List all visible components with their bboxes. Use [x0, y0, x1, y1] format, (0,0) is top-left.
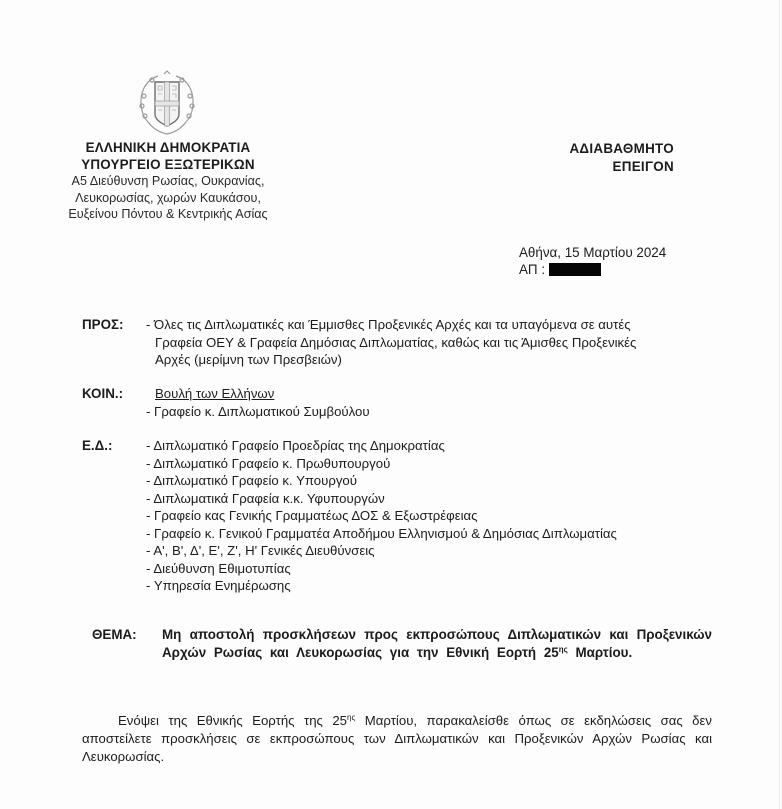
distribution-item: - Υπηρεσία Ενημέρωσης — [146, 577, 712, 595]
recipients-cc-label: ΚΟΙΝ.: — [82, 385, 123, 403]
recipients-cc-line: - Γραφείο κ. Διπλωματικού Συμβούλου — [146, 403, 712, 421]
recipients-to-line: Αρχές (μερίμνη των Πρεσβειών) — [146, 351, 712, 369]
reference-label: ΑΠ : — [519, 261, 545, 278]
distribution-item: - Γραφείο κας Γενικής Γραμματέως ΔΟΣ & Ε… — [146, 507, 712, 525]
distribution-item: - Διπλωματικά Γραφεία κ.κ. Υφυπουργών — [146, 490, 712, 508]
org-department-line-3: Ευξείνου Πόντου & Κεντρικής Ασίας — [40, 206, 296, 223]
recipients-cc: ΚΟΙΝ.: Βουλή των Ελλήνων - Γραφείο κ. Δι… — [82, 385, 712, 420]
recipients-to-label: ΠΡΟΣ: — [82, 316, 124, 334]
recipients-internal-distribution: Ε.Δ.: - Διπλωματικό Γραφείο Προεδρίας τη… — [82, 437, 712, 595]
recipients-to-line: - Όλες τις Διπλωματικές και Έμμισθες Προ… — [146, 316, 712, 334]
subject-label: ΘΕΜΑ: — [92, 626, 137, 644]
recipients-to-line: Γραφεία ΟΕΥ & Γραφεία Δημόσιας Διπλωματί… — [146, 334, 712, 352]
distribution-item: - Α', Β', Δ', Ε', Ζ', Η' Γενικές Διευθύν… — [146, 542, 712, 560]
recipients-cc-parliament: Βουλή των Ελλήνων — [155, 386, 274, 401]
classification-block: ΑΔΙΑΒΑΘΜΗΤΟ ΕΠΕΙΓΟΝ — [500, 140, 674, 176]
reference-number: ΑΠ : — [500, 261, 710, 278]
date-reference-block: Αθήνα, 15 Μαρτίου 2024 ΑΠ : — [500, 244, 710, 278]
issuing-organization: ΕΛΛΗΝΙΚΗ ΔΗΜΟΚΡΑΤΙΑ ΥΠΟΥΡΓΕΙΟ ΕΞΩΤΕΡΙΚΩΝ… — [40, 140, 296, 223]
greek-coat-of-arms-icon — [138, 70, 196, 136]
recipients-internal-label: Ε.Δ.: — [82, 437, 112, 455]
distribution-item: - Διπλωματικό Γραφείο κ. Πρωθυπουργού — [146, 455, 712, 473]
org-department-line-1: Α5 Διεύθυνση Ρωσίας, Ουκρανίας, — [40, 173, 296, 190]
body-paragraph: Ενόψει της Εθνικής Εορτής της 25ης Μαρτί… — [82, 712, 712, 766]
distribution-item: - Διεύθυνση Εθιμοτυπίας — [146, 560, 712, 578]
subject-text: Μη αποστολή προσκλήσεων προς εκπροσώπους… — [162, 626, 712, 662]
org-department-line-2: Λευκορωσίας, χωρών Καυκάσου, — [40, 190, 296, 207]
distribution-item: - Διπλωματικό Γραφείο κ. Υπουργού — [146, 472, 712, 490]
redacted-reference — [549, 263, 601, 276]
subject-text-part: Μαρτίου. — [568, 645, 632, 660]
document-date: Αθήνα, 15 Μαρτίου 2024 — [500, 244, 710, 261]
recipients-to: ΠΡΟΣ: - Όλες τις Διπλωματικές και Έμμισθ… — [82, 316, 712, 369]
subject-block: ΘΕΜΑ: Μη αποστολή προσκλήσεων προς εκπρο… — [92, 626, 712, 662]
distribution-item: - Διπλωματικό Γραφείο Προεδρίας της Δημο… — [146, 437, 712, 455]
classification-level: ΑΔΙΑΒΑΘΜΗΤΟ — [500, 140, 674, 158]
document-page: ΕΛΛΗΝΙΚΗ ΔΗΜΟΚΡΑΤΙΑ ΥΠΟΥΡΓΕΙΟ ΕΞΩΤΕΡΙΚΩΝ… — [0, 0, 782, 809]
ordinal-superscript: ης — [559, 645, 568, 654]
distribution-item: - Γραφείο κ. Γενικού Γραμματέα Αποδήμου … — [146, 525, 712, 543]
body-text-part: Ενόψει της Εθνικής Εορτής της 25 — [118, 713, 347, 728]
org-ministry: ΥΠΟΥΡΓΕΙΟ ΕΞΩΤΕΡΙΚΩΝ — [40, 157, 296, 174]
scan-edge-divider — [779, 0, 780, 809]
urgency-level: ΕΠΕΙΓΟΝ — [500, 158, 674, 176]
org-republic: ΕΛΛΗΝΙΚΗ ΔΗΜΟΚΡΑΤΙΑ — [40, 140, 296, 157]
